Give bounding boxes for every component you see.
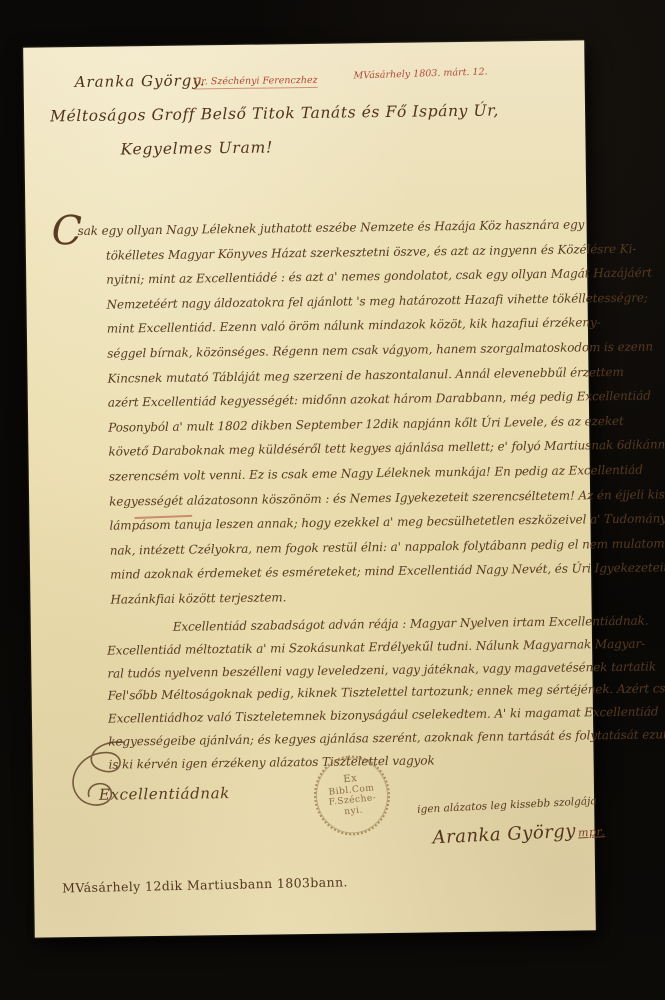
closing-humility-line: igen alázatos leg kissebb szolgája <box>417 795 597 816</box>
salutation-greeting-line: Kegyelmes Uram! <box>120 138 273 158</box>
dateline: MVásárhely 12dik Martiusbann 1803bann. <box>62 874 348 895</box>
pen-flourish-decoration <box>62 736 153 827</box>
stamp-line: nyi. <box>344 805 364 817</box>
body-paragraph-1: Csak egy ollyan Nagy Léleknek juthatott … <box>61 213 578 613</box>
body-line: Hazánkfiai között terjesztem. <box>110 581 578 612</box>
signature-name: Aranka György <box>432 821 576 849</box>
archival-red-note-recipient: Gr. Széchényi Ferenczhez <box>194 75 318 90</box>
signature: Aranka Györgympr. <box>432 819 605 848</box>
letter-paper: Aranka György. Gr. Széchényi Ferenczhez … <box>23 40 596 937</box>
body-line-text: sak egy ollyan Nagy Léleknek juthatott e… <box>78 217 585 238</box>
drop-cap-initial: C <box>51 211 82 251</box>
closing-addressee: Excellentiádnak <box>99 784 230 804</box>
signature-suffix-mpr: mpr. <box>578 825 606 839</box>
archival-red-note-date: MVásárhely 1803. márt. 12. <box>353 66 487 81</box>
archival-name-note: Aranka György. <box>75 71 206 91</box>
salutation-title-line: Méltoságos Groff Belső Titok Tanáts és F… <box>50 101 499 125</box>
photo-stage: Aranka György. Gr. Széchényi Ferenczhez … <box>0 0 665 1000</box>
